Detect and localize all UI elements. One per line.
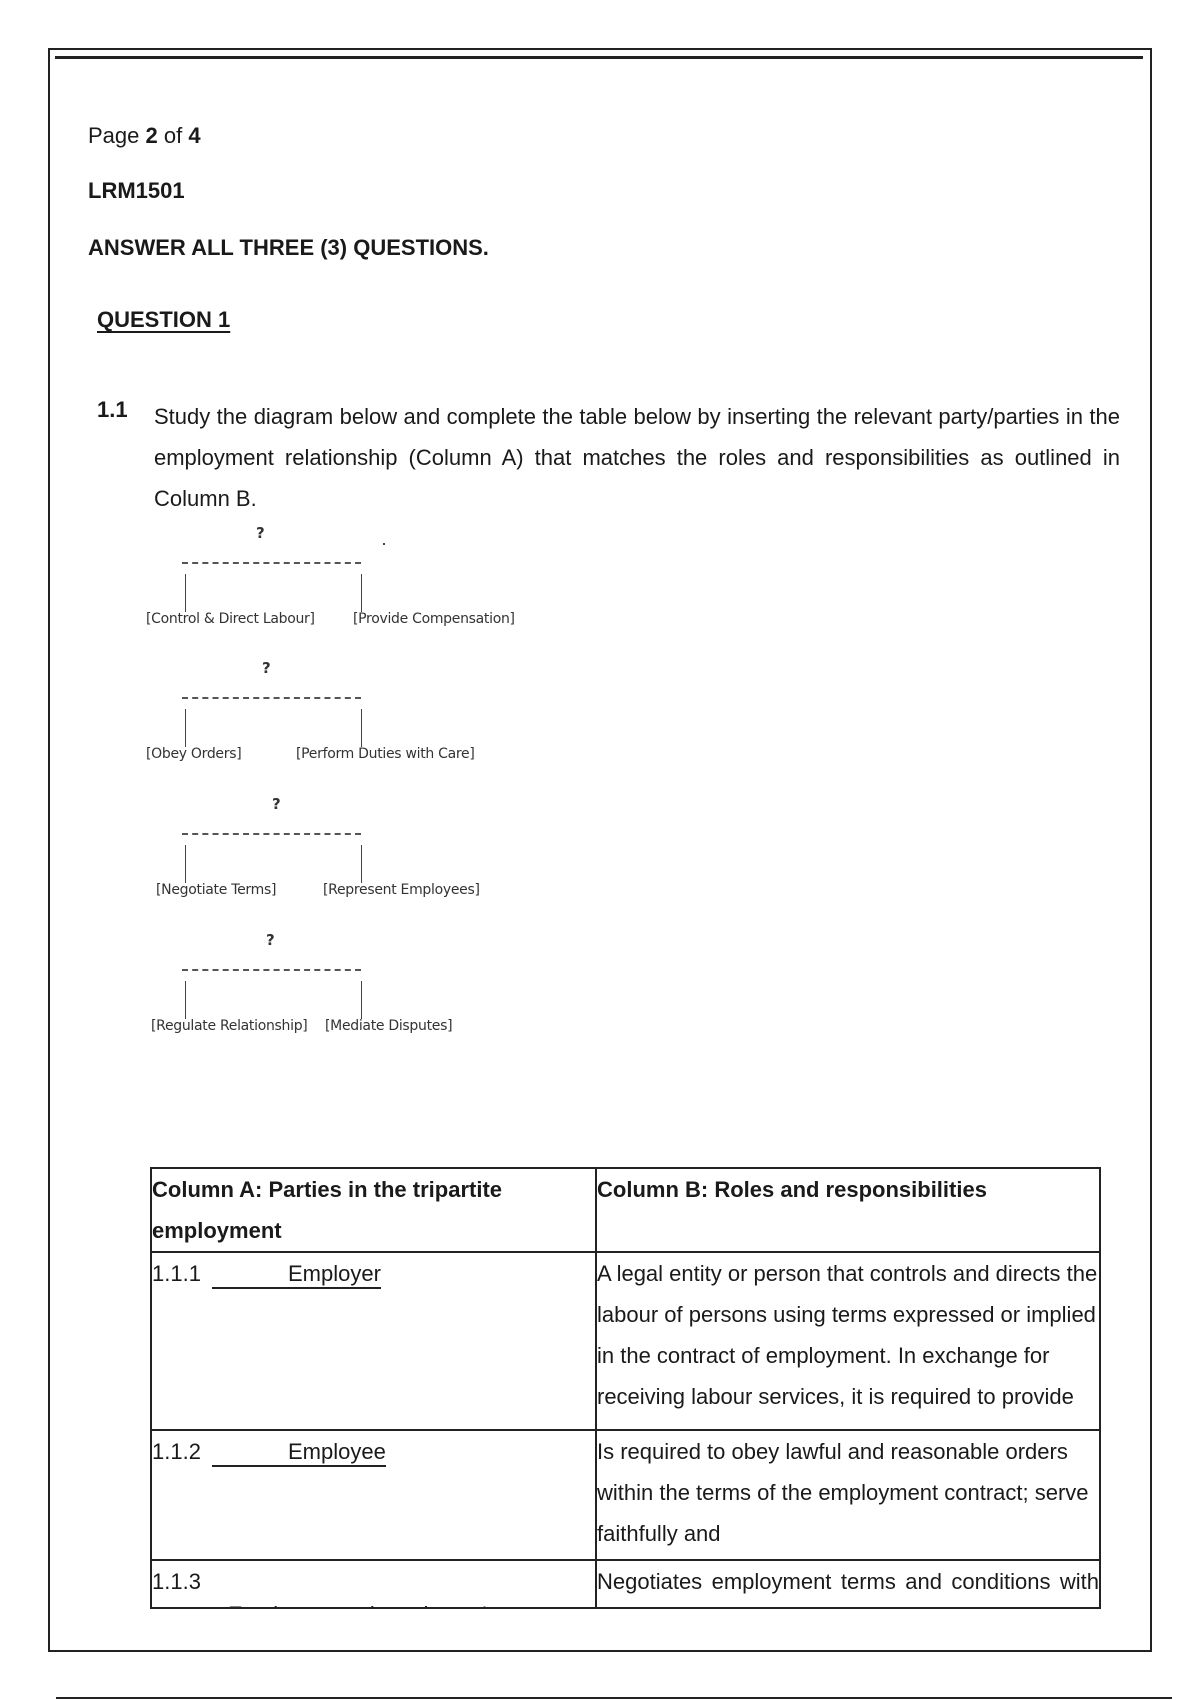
connector-left bbox=[185, 981, 186, 1019]
connector-line bbox=[182, 562, 361, 564]
connector-left bbox=[185, 845, 186, 883]
role-label-left: [Control & Direct Labour] bbox=[146, 611, 315, 627]
stray-dot bbox=[383, 543, 385, 545]
footer-rule bbox=[56, 1697, 1172, 1699]
role-label-left: [Obey Orders] bbox=[146, 746, 241, 762]
role-label-right: [Represent Employees] bbox=[323, 882, 480, 898]
header-rule bbox=[55, 56, 1143, 59]
column-a-header: Column A: Parties in the tripartite empl… bbox=[151, 1168, 596, 1252]
item-number: 1.1.2 bbox=[152, 1431, 212, 1472]
connector-left bbox=[185, 574, 186, 612]
connector-right bbox=[361, 981, 362, 1019]
role-description: Is required to obey lawful and reasonabl… bbox=[597, 1431, 1099, 1559]
question-title: QUESTION 1 bbox=[97, 307, 230, 333]
exam-instruction: ANSWER ALL THREE (3) QUESTIONS. bbox=[88, 235, 489, 261]
roles-table: Column A: Parties in the tripartite empl… bbox=[150, 1167, 1101, 1609]
role-label-left: [Regulate Relationship] bbox=[151, 1018, 307, 1034]
unknown-party-marker: ? bbox=[266, 931, 275, 949]
connector-right bbox=[361, 709, 362, 747]
connector-right bbox=[361, 845, 362, 883]
table-row: 1.1.2Employee Is required to obey lawful… bbox=[151, 1430, 1100, 1560]
page-current: 2 bbox=[146, 123, 158, 148]
question-number: 1.1 bbox=[97, 397, 128, 423]
role-description: Negotiates employment terms and conditio… bbox=[597, 1561, 1099, 1607]
column-b-header: Column B: Roles and responsibilities bbox=[596, 1168, 1100, 1252]
connector-line bbox=[182, 697, 361, 699]
role-label-right: [Perform Duties with Care] bbox=[296, 746, 475, 762]
page-number: Page 2 of 4 bbox=[88, 123, 201, 149]
connector-right bbox=[361, 574, 362, 612]
table-header-row: Column A: Parties in the tripartite empl… bbox=[151, 1168, 1100, 1252]
page-of: of bbox=[164, 123, 182, 148]
unknown-party-marker: ? bbox=[272, 795, 281, 813]
table-row: 1.1.1Employer A legal entity or person t… bbox=[151, 1252, 1100, 1430]
module-code: LRM1501 bbox=[88, 178, 185, 204]
page-prefix: Page bbox=[88, 123, 139, 148]
role-description: A legal entity or person that controls a… bbox=[597, 1253, 1099, 1429]
unknown-party-marker: ? bbox=[262, 659, 271, 677]
connector-line bbox=[182, 969, 361, 971]
unknown-party-marker: ? bbox=[256, 524, 265, 542]
role-label-right: [Mediate Disputes] bbox=[325, 1018, 452, 1034]
role-label-left: [Negotiate Terms] bbox=[156, 882, 276, 898]
answer-field[interactable]: Employers and employers' organisations bbox=[152, 1602, 595, 1607]
answer-field[interactable]: Employer bbox=[212, 1261, 381, 1289]
page-total: 4 bbox=[188, 123, 200, 148]
table-row: 1.1.3Employers and employers' organisati… bbox=[151, 1560, 1100, 1608]
connector-left bbox=[185, 709, 186, 747]
item-number: 1.1.3 bbox=[152, 1561, 212, 1602]
item-number: 1.1.1 bbox=[152, 1253, 212, 1294]
role-label-right: [Provide Compensation] bbox=[353, 611, 515, 627]
answer-field[interactable]: Employee bbox=[212, 1439, 386, 1467]
connector-line bbox=[182, 833, 361, 835]
question-text: Study the diagram below and complete the… bbox=[154, 396, 1120, 519]
